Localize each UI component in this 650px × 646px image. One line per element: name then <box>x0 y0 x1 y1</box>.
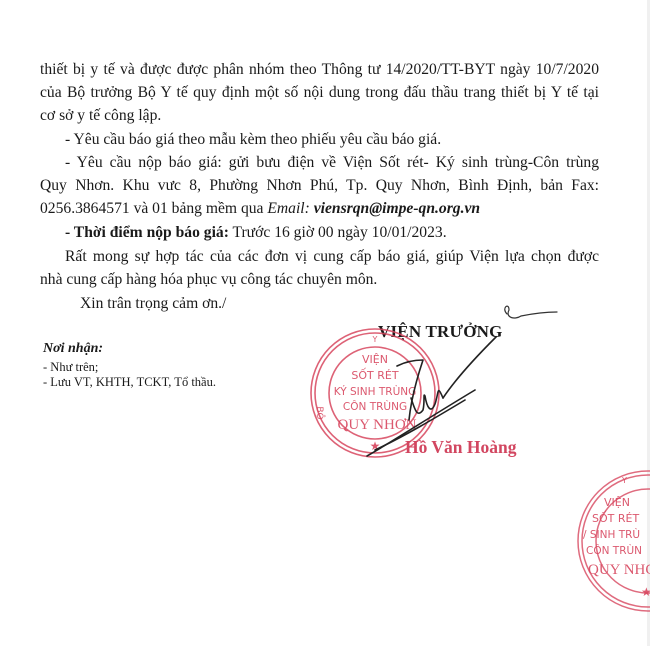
partial-stamp-line3: / SINH TRÙ <box>583 528 640 541</box>
bullet-submit-line: Quy Nhơn. Khu vưc 8, Phường Nhơn Phú, Tp… <box>40 176 599 196</box>
contact-text: 0256.3864571 và 01 bảng mềm qua <box>40 200 267 217</box>
closing-line: nhà cung cấp hàng hóa phục vụ công tác c… <box>40 270 377 290</box>
paragraph-line: của Bộ trưởng Bộ Y tế quy định một số nộ… <box>40 83 599 103</box>
recipients-title: Nơi nhận: <box>43 341 103 357</box>
closing-line: Rất mong sự hợp tác của các đơn vị cung … <box>65 247 599 267</box>
deadline-line: - Thời điểm nộp báo giá: Trước 16 giờ 00… <box>65 223 447 243</box>
paragraph-line: thiết bị y tế và được được phân nhóm the… <box>40 60 599 80</box>
partial-stamp: Y VIỆN SỐT RÉT / SINH TRÙ CÔN TRÙN QUY N… <box>556 466 650 616</box>
bullet-submit-line: 0256.3864571 và 01 bảng mềm qua Email: v… <box>40 199 480 219</box>
email-link[interactable]: viensrqn@impe-qn.org.vn <box>314 200 480 217</box>
partial-stamp-line4: CÔN TRÙN <box>586 544 642 557</box>
handwritten-signature <box>305 300 505 460</box>
recipient-item: - Lưu VT, KHTH, TCKT, Tổ thầu. <box>43 375 216 390</box>
deadline-value: Trước 16 giờ 00 ngày 10/01/2023. <box>229 224 447 241</box>
recipient-item: - Như trên; <box>43 360 98 375</box>
partial-stamp-top: Y <box>621 476 627 485</box>
thanks-line: Xin trân trọng cảm ơn./ <box>80 294 226 314</box>
paragraph-line: cơ sở y tế công lập. <box>40 106 161 126</box>
deadline-label: - Thời điểm nộp báo giá: <box>65 224 229 241</box>
signer-name: Hồ Văn Hoàng <box>405 437 517 458</box>
partial-stamp-line5: QUY NHƠ <box>588 562 650 578</box>
svg-text:★: ★ <box>641 585 650 599</box>
bullet-quote-form: - Yêu cầu báo giá theo mẫu kèm theo phiế… <box>65 130 441 150</box>
partial-stamp-line2: SỐT RÉT <box>592 511 639 525</box>
bullet-submit-line: - Yêu cầu nộp báo giá: gửi bưu điện về V… <box>65 153 599 173</box>
partial-stamp-line1: VIỆN <box>604 496 630 509</box>
email-label: Email: <box>267 200 309 217</box>
